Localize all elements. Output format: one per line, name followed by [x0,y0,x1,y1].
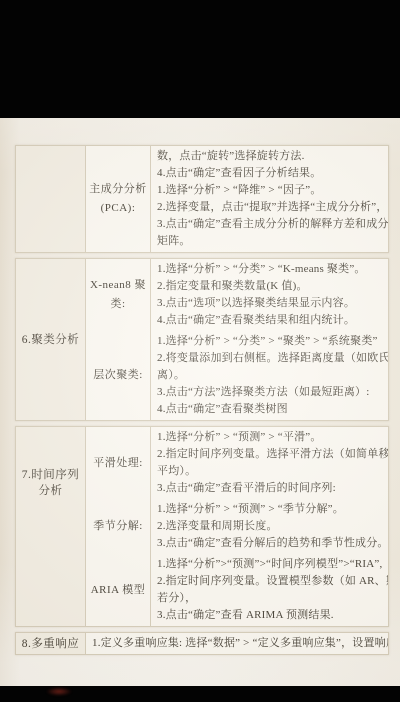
instruction-line: 1.选择“分析” > “分类” > “K-means 聚类”。 [157,261,385,278]
instructions-cell: 数，点击“旋转”选择旋转方法.4.点击“确定”查看因子分析结果。1.选择“分析”… [150,146,388,252]
instruction-line: 2.选泽变量和周期长度。 [157,518,385,535]
sublabel-cell: ARIA 模型 [86,554,150,626]
instructions-cell: 1.选择“分析” > “预测” > “平滑”。2.指定时间序列变量。选择平滑方法… [150,427,388,499]
subrow: 1.定义多重响应集: 选择“数据” > “定义多重响应集”，设置响应 [86,633,388,654]
subrow: X-nean8 聚类:1.选择“分析” > “分类” > “K-means 聚类… [86,259,388,331]
instruction-line: 2.将变量添加到右侧框。选择距离度量（如欧氏距 [157,350,385,367]
subrow: 主成分分析(PCA):数，点击“旋转”选择旋转方法.4.点击“确定”查看因子分析… [86,146,388,252]
procedure-table: 主成分分析(PCA):数，点击“旋转”选择旋转方法.4.点击“确定”查看因子分析… [15,145,389,660]
instructions-cell: 1.定义多重响应集: 选择“数据” > “定义多重响应集”，设置响应 [86,633,388,654]
sublabel-text: 平滑处理: [93,454,143,473]
table-section-timeseries: 7.时间序列分析平滑处理:1.选择“分析” > “预测” > “平滑”。2.指定… [15,426,389,627]
instruction-line: 4.点击“确定”查看因子分析结果。 [157,165,385,182]
sublabel-cell: 层次聚类: [86,331,150,420]
instruction-line: 1.选择“分析” > “降维” > “因子”。 [157,182,385,199]
document-page: 主成分分析(PCA):数，点击“旋转”选择旋转方法.4.点击“确定”查看因子分析… [0,118,400,686]
subrow: ARIA 模型1.选择“分析”>“预测”>“时间序列模型”>“RIA”,2.指定… [86,554,388,626]
instruction-line: 3.点击“选项”以选择聚类结果显示内容。 [157,295,385,312]
instruction-line: 3.点击“确定”查看 ARIMA 预测结果. [157,607,385,624]
instruction-line: 2.指定时间序列变量。设置模型参数（如 AR、期、 [157,573,385,590]
subrow: 平滑处理:1.选择“分析” > “预测” > “平滑”。2.指定时间序列变量。选… [86,427,388,499]
instruction-line: 3.点击“方法”选择聚类方法（如最短距离）: [157,384,385,401]
instructions-cell: 1.选择“分析”>“预测”>“时间序列模型”>“RIA”,2.指定时间序列变量。… [150,554,388,626]
section-body: 平滑处理:1.选择“分析” > “预测” > “平滑”。2.指定时间序列变量。选… [86,427,388,626]
subrow: 层次聚类:1.选择“分析” > “分类” > “聚类” > “系统聚类”2.将变… [86,331,388,420]
category-cell: 7.时间序列分析 [16,427,86,626]
table-section-cluster: 6.聚类分析X-nean8 聚类:1.选择“分析” > “分类” > “K-me… [15,258,389,421]
category-label: 8.多重响应 [22,636,80,652]
instruction-line: 2.指定时间序列变量。选择平滑方法（如简单移动 [157,446,385,463]
sublabel-cell: 平滑处理: [86,427,150,499]
sublabel-cell: 季节分解: [86,499,150,554]
letterbox-bottom [0,686,400,702]
instruction-line: 矩阵。 [157,233,385,250]
instructions-cell: 1.选择“分析” > “预测” > “季节分解”。2.选泽变量和周期长度。3.点… [150,499,388,554]
sublabel-text: ARIA 模型 [91,581,146,600]
letterbox-top [0,0,400,118]
instructions-cell: 1.选择“分析” > “分类” > “K-means 聚类”。2.指定变量和聚类… [150,259,388,331]
instruction-line: 1.选择“分析” > “预测” > “季节分解”。 [157,501,385,518]
instruction-line: 4.点击“确定”查看聚类结果和组内统计。 [157,312,385,329]
table-section-pca: 主成分分析(PCA):数，点击“旋转”选择旋转方法.4.点击“确定”查看因子分析… [15,145,389,253]
instruction-line: 1.定义多重响应集: 选择“数据” > “定义多重响应集”，设置响应 [92,635,385,652]
category-label: 7.时间序列 [22,467,80,483]
instruction-line: 3.点击“确定”查看主成分分析的解释方差和成分 [157,216,385,233]
instruction-line: 1.选择“分析” > “分类” > “聚类” > “系统聚类” [157,333,385,350]
instruction-line: 离）。 [157,367,385,384]
instruction-line: 3.点击“确定”查看分解后的趋势和季节性成分。 [157,535,385,552]
category-label: 6.聚类分析 [22,332,80,348]
sublabel-text: 季节分解: [93,517,143,536]
sublabel-text: X-nean8 聚 [90,276,146,295]
instructions-cell: 1.选择“分析” > “分类” > “聚类” > “系统聚类”2.将变量添加到右… [150,331,388,420]
screenshot-stage: 主成分分析(PCA):数，点击“旋转”选择旋转方法.4.点击“确定”查看因子分析… [0,0,400,702]
category-cell: 8.多重响应 [16,633,86,654]
sublabel-text: 主成分分析 [89,180,147,199]
instruction-line: 1.选择“分析”>“预测”>“时间序列模型”>“RIA”, [157,556,385,573]
sublabel-text: (PCA): [101,199,136,218]
instruction-line: 3.点击“确定”查看平滑后的时间序列: [157,480,385,497]
subrow: 季节分解:1.选择“分析” > “预测” > “季节分解”。2.选泽变量和周期长… [86,499,388,554]
instruction-line: 平均）。 [157,463,385,480]
category-label: 分析 [39,483,63,499]
section-body: 1.定义多重响应集: 选择“数据” > “定义多重响应集”，设置响应 [86,633,388,654]
section-body: 主成分分析(PCA):数，点击“旋转”选择旋转方法.4.点击“确定”查看因子分析… [86,146,388,252]
instruction-line: 2.选择变量，点击“提取”并选择“主成分分析”， [157,199,385,216]
instruction-line: 2.指定变量和聚类数量(K 值)。 [157,278,385,295]
instruction-line: 若分）， [157,590,385,607]
category-cell [16,146,86,252]
sublabel-cell: X-nean8 聚类: [86,259,150,331]
sublabel-text: 类: [110,295,125,314]
instruction-line: 数，点击“旋转”选择旋转方法. [157,148,385,165]
instruction-line: 4.点击“确定”查看聚类树图 [157,401,385,418]
category-cell: 6.聚类分析 [16,259,86,420]
table-section-multiresponse: 8.多重响应1.定义多重响应集: 选择“数据” > “定义多重响应集”，设置响应 [15,632,389,655]
instruction-line: 1.选择“分析” > “预测” > “平滑”。 [157,429,385,446]
section-body: X-nean8 聚类:1.选择“分析” > “分类” > “K-means 聚类… [86,259,388,420]
sublabel-text: 层次聚类: [93,366,143,385]
sublabel-cell: 主成分分析(PCA): [86,146,150,252]
